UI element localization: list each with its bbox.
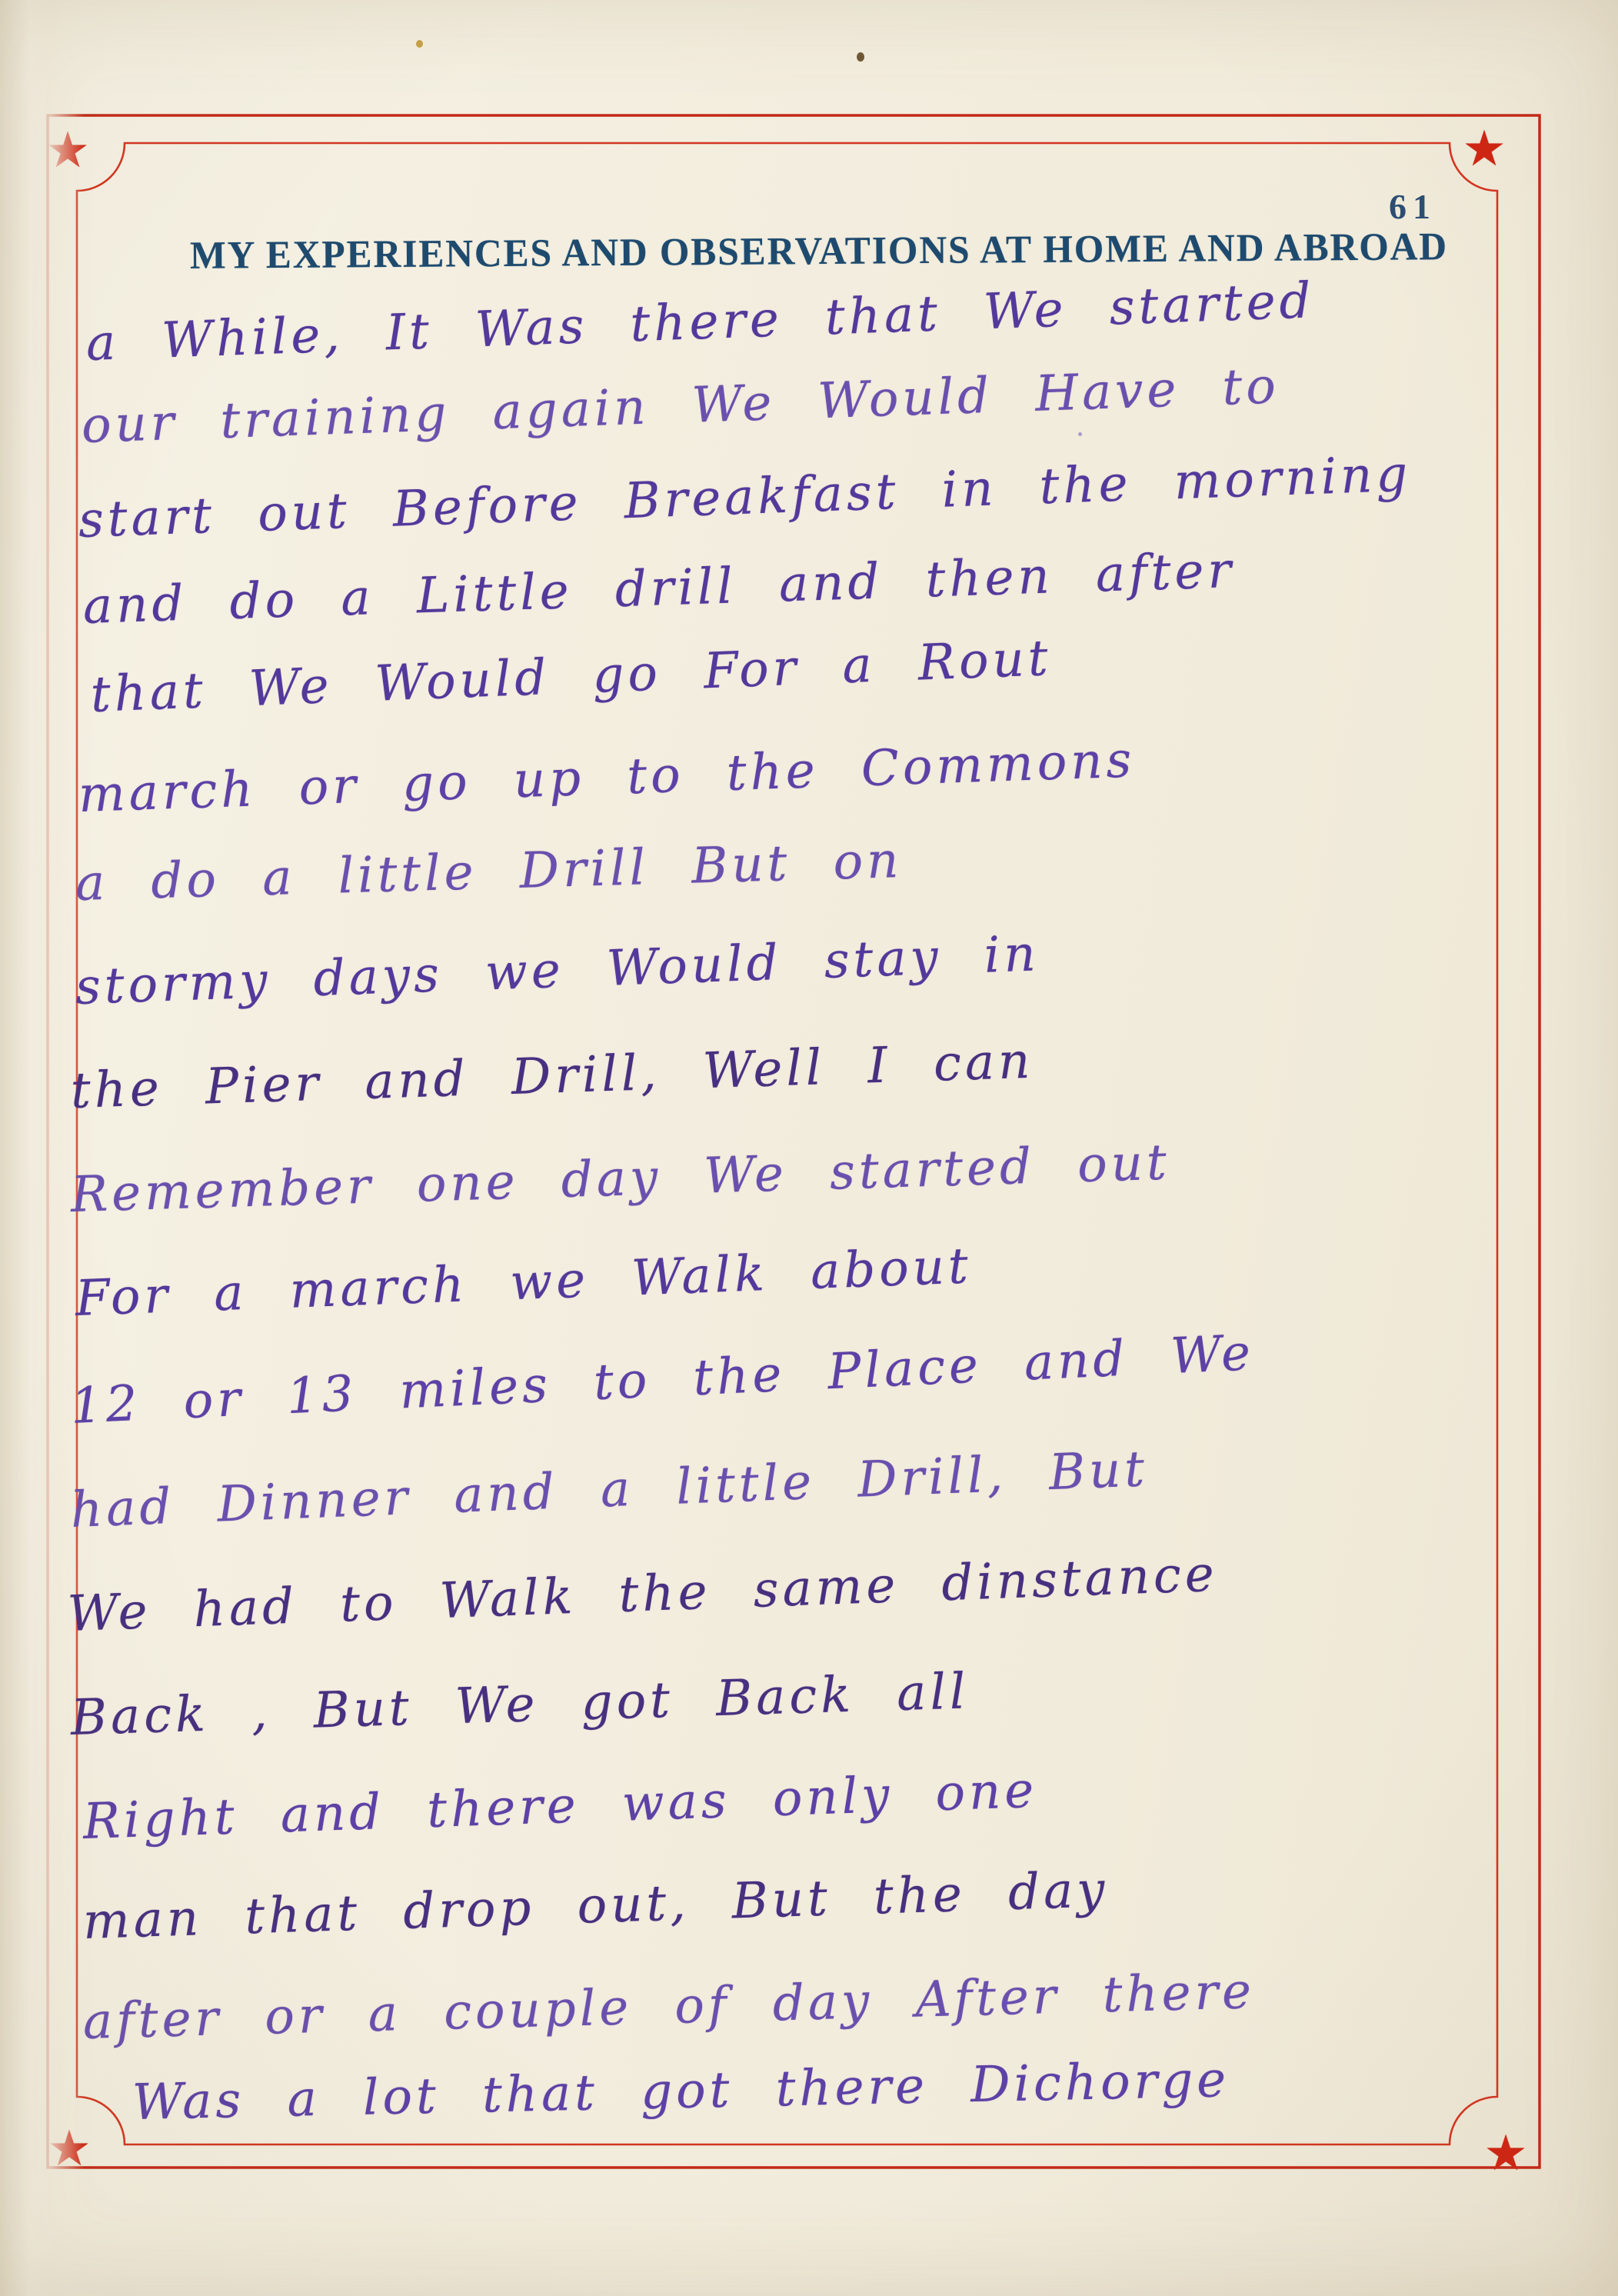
page-number: 61 bbox=[1389, 186, 1437, 227]
page-header: MY EXPERIENCES AND OBSERVATIONS AT HOME … bbox=[181, 225, 1457, 278]
corner-star-icon: ★ bbox=[47, 2124, 91, 2174]
scanned-diary-page: ★ ★ ★ ★ 61 MY EXPERIENCES AND OBSERVATIO… bbox=[0, 0, 1618, 2296]
corner-star-icon: ★ bbox=[1462, 125, 1506, 174]
corner-star-icon: ★ bbox=[1483, 2129, 1527, 2178]
corner-star-icon: ★ bbox=[45, 126, 89, 175]
